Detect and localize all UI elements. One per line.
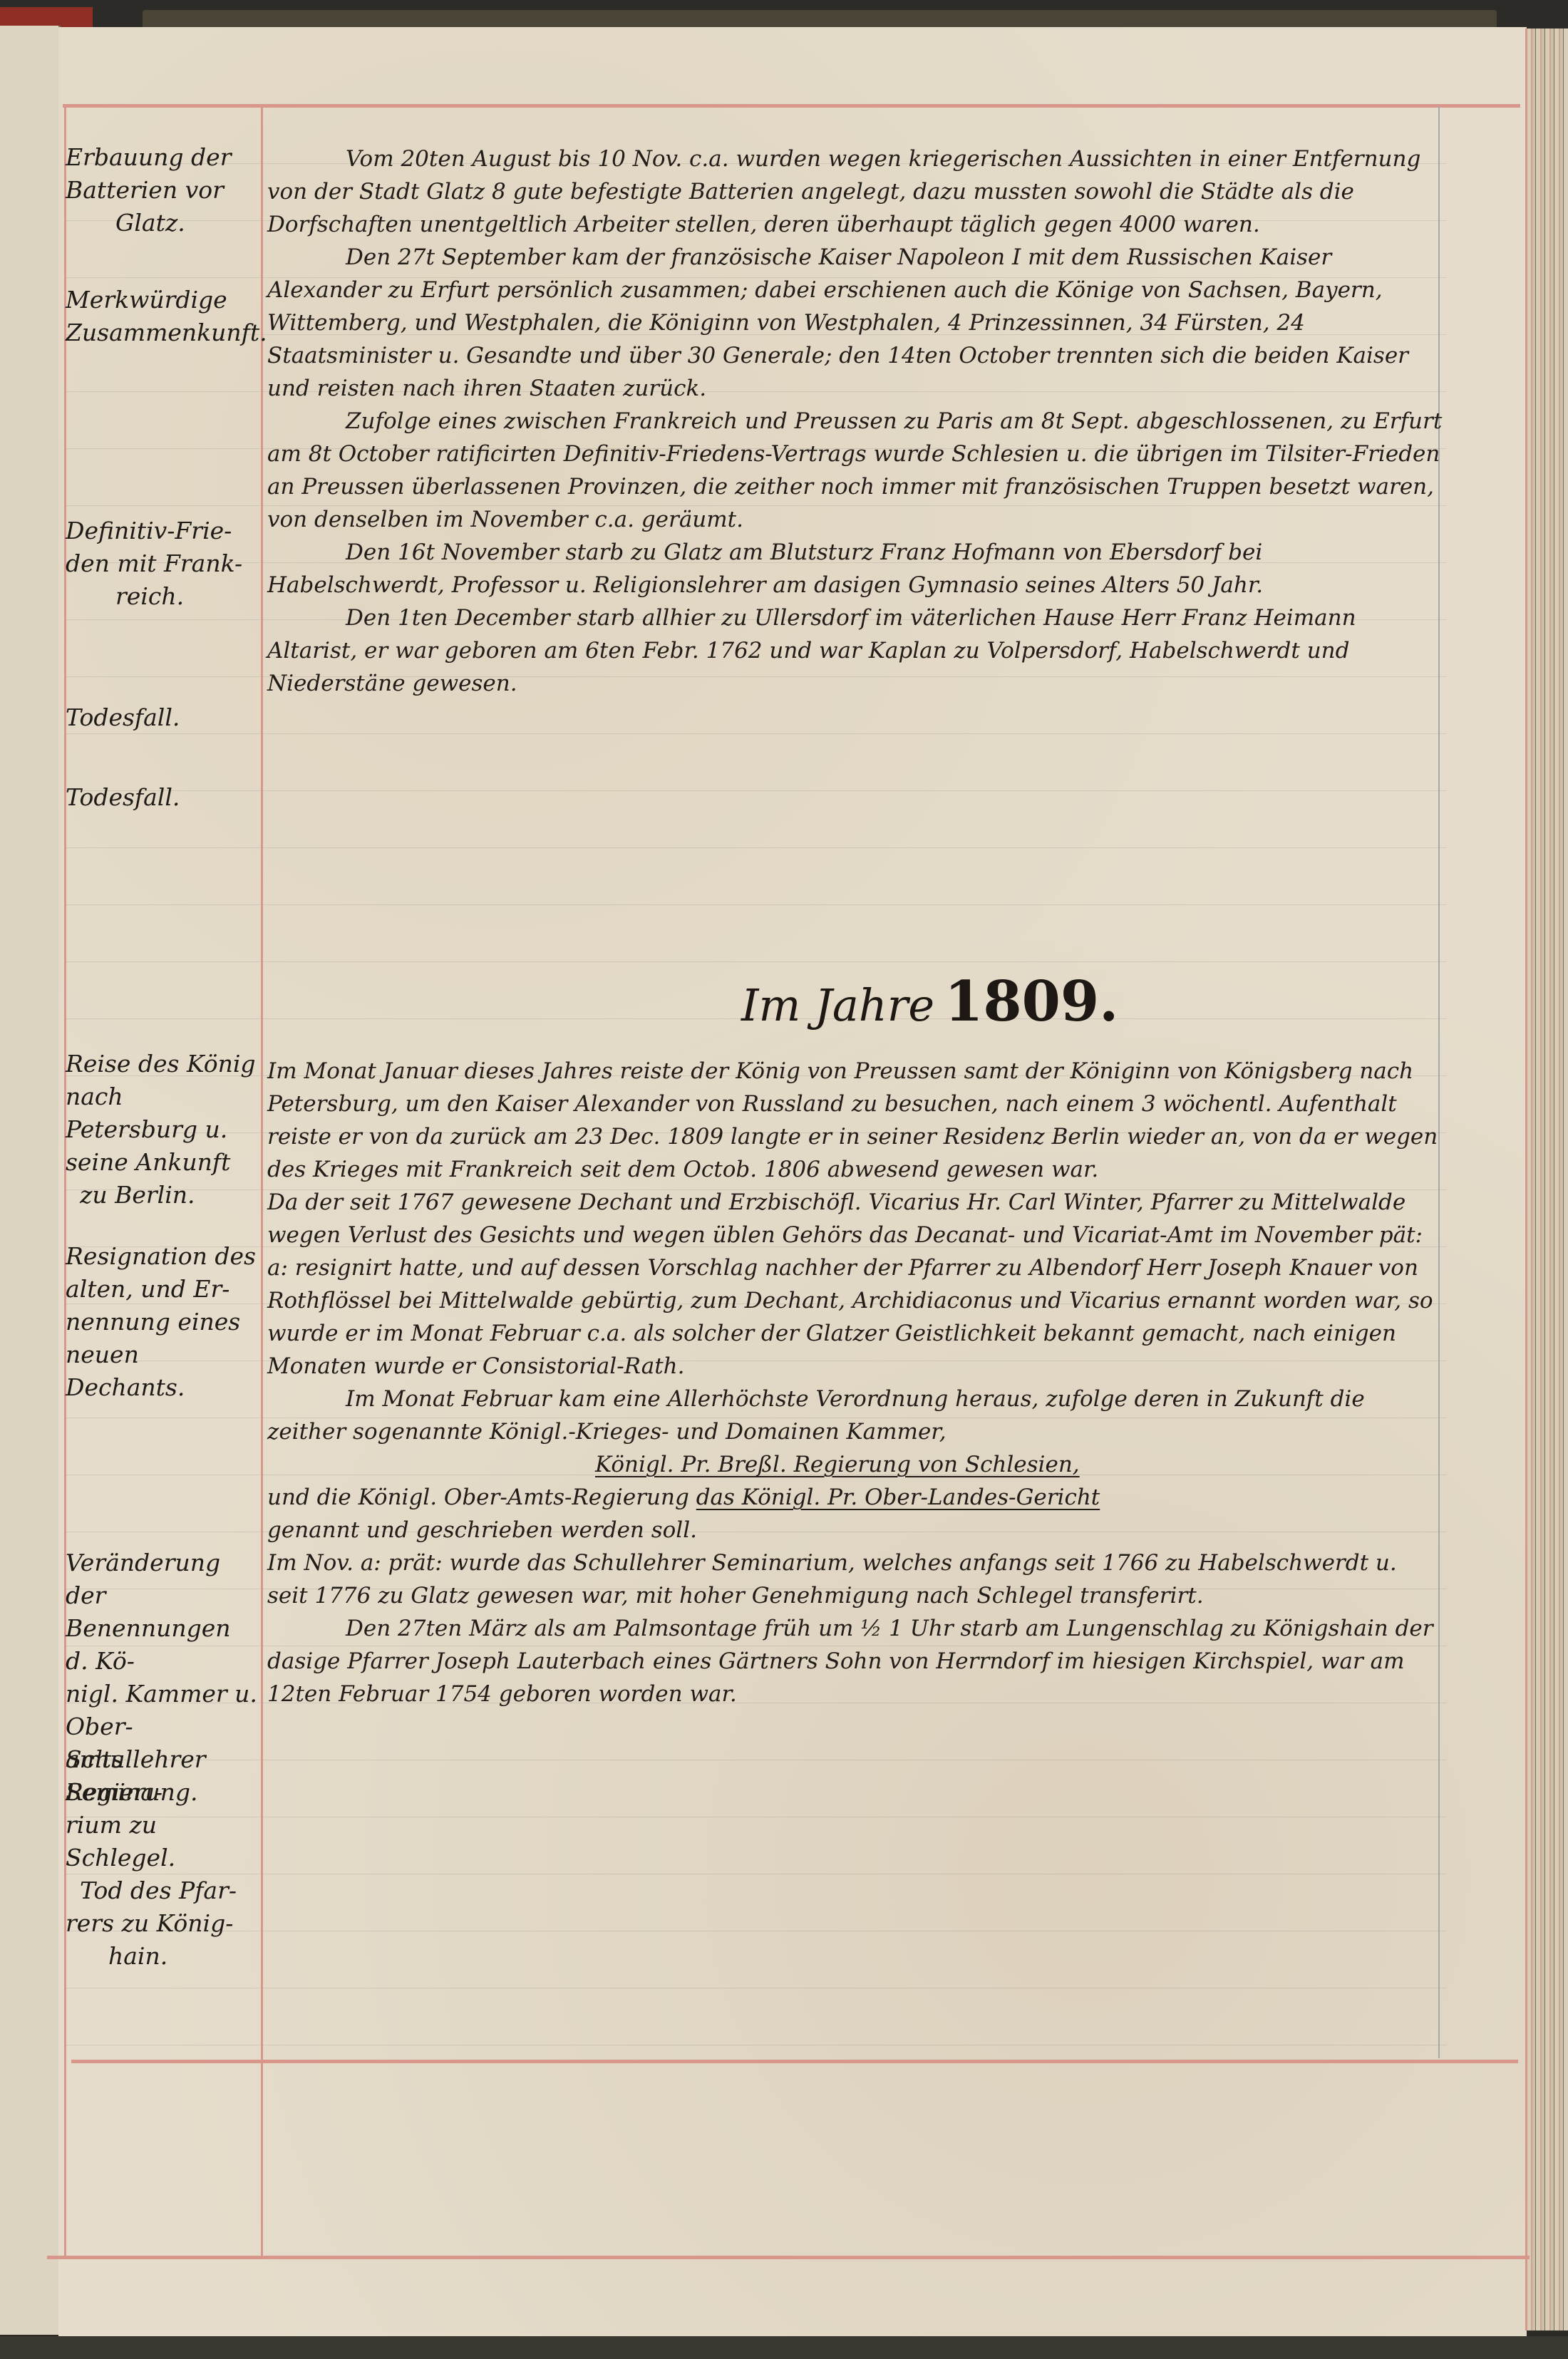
margin-note-line: rium zu Schlegel. bbox=[66, 1809, 258, 1874]
margin-note-line: Veränderung der bbox=[66, 1547, 258, 1612]
renaming-line-ober-amts: und die Königl. Ober-Amts-Regierung bbox=[267, 1485, 689, 1510]
year-heading-number: 1809. bbox=[944, 969, 1118, 1034]
margin-note-seminary-and-death: Schullehrer Semina- rium zu Schlegel. To… bbox=[66, 1743, 258, 1973]
entry-death-lauterbach: Den 27ten März als am Palmsontage früh u… bbox=[267, 1612, 1443, 1710]
right-red-page-rule bbox=[1525, 29, 1527, 2330]
margin-note-line: Tod des Pfar- bbox=[66, 1874, 258, 1907]
renaming-closing-line: genannt und geschrieben werden soll. bbox=[267, 1514, 1443, 1547]
entry-batteries: Vom 20ten August bis 10 Nov. c.a. wurden… bbox=[267, 143, 1443, 241]
margin-column-red-rule bbox=[261, 104, 263, 2258]
margin-note-line: Erbauung der bbox=[66, 141, 258, 174]
margin-note-line: Schullehrer Semina- bbox=[66, 1743, 258, 1809]
margin-note-line: rers zu König- bbox=[66, 1907, 258, 1940]
margin-note-meeting: Merkwürdige Zusammenkunft. bbox=[66, 284, 258, 349]
margin-note-king-journey: Reise des König nach Petersburg u. seine… bbox=[66, 1048, 258, 1212]
margin-note-line: hain. bbox=[66, 1940, 258, 1973]
margin-note-line: alten, und Er- bbox=[66, 1273, 258, 1306]
entry-peace-treaty: Zufolge eines zwischen Frankreich und Pr… bbox=[267, 405, 1443, 536]
margin-note-dean-resignation: Resignation des alten, und Er- nennung e… bbox=[66, 1240, 258, 1404]
year-heading: Im Jahre1809. bbox=[741, 969, 1118, 1034]
margin-note-line: nach Petersburg u. bbox=[66, 1080, 258, 1146]
margin-note-line: Resignation des bbox=[66, 1240, 258, 1273]
margin-note-line: Todesfall. bbox=[66, 781, 258, 814]
year-heading-prefix: Im Jahre bbox=[741, 979, 934, 1031]
entry-dean-resignation: Da der seit 1767 gewesene Dechant und Er… bbox=[267, 1186, 1443, 1383]
book-bottom-edge bbox=[0, 2336, 1568, 2359]
entry-death-heimann: Den 1ten December starb allhier zu Uller… bbox=[267, 602, 1443, 700]
margin-note-line: seine Ankunft bbox=[66, 1146, 258, 1179]
renamed-office-chamber: Königl. Pr. Breßl. Regierung von Schlesi… bbox=[595, 1452, 1080, 1477]
margin-note-death-1: Todesfall. bbox=[66, 701, 258, 734]
margin-note-line: reich. bbox=[66, 580, 258, 613]
margin-note-line: Benennungen d. Kö- bbox=[66, 1612, 258, 1678]
entry-seminary-transfer: Im Nov. a: prät: wurde das Schullehrer S… bbox=[267, 1547, 1443, 1612]
margin-note-line: Definitiv-Frie- bbox=[66, 515, 258, 547]
margin-note-line: Todesfall. bbox=[66, 701, 258, 734]
margin-note-peace-treaty: Definitiv-Frie- den mit Frank- reich. bbox=[66, 515, 258, 613]
renamed-office-court: das Königl. Pr. Ober-Landes-Gericht bbox=[696, 1485, 1100, 1510]
entry-death-hofmann: Den 16t November starb zu Glatz am Bluts… bbox=[267, 536, 1443, 602]
stacked-page-edges bbox=[1527, 29, 1568, 2330]
margin-note-line: nennung eines bbox=[66, 1306, 258, 1338]
margin-note-line: Glatz. bbox=[66, 207, 258, 239]
margin-note-line: den mit Frank- bbox=[66, 547, 258, 580]
entry-renaming-decree: Im Monat Februar kam eine Allerhöchste V… bbox=[267, 1383, 1443, 1448]
entry-king-journey: Im Monat Januar dieses Jahres reiste der… bbox=[267, 1055, 1443, 1186]
entry-erfurt-congress: Den 27t September kam der französische K… bbox=[267, 241, 1443, 405]
top-red-rule bbox=[63, 104, 1520, 108]
margin-note-line: nigl. Kammer u. Ober- bbox=[66, 1678, 258, 1743]
entries-1808: Vom 20ten August bis 10 Nov. c.a. wurden… bbox=[267, 143, 1443, 700]
margin-note-death-2: Todesfall. bbox=[66, 781, 258, 814]
margin-note-line: Merkwürdige bbox=[66, 284, 258, 316]
margin-note-line: zu Berlin. bbox=[66, 1179, 258, 1212]
previous-page-edge bbox=[0, 26, 61, 2335]
margin-note-line: Batterien vor bbox=[66, 174, 258, 207]
margin-note-batteries: Erbauung der Batterien vor Glatz. bbox=[66, 141, 258, 239]
margin-note-line: Reise des König bbox=[66, 1048, 258, 1080]
bottom-red-rule-lower bbox=[47, 2256, 1530, 2259]
bottom-red-rule-upper bbox=[71, 2060, 1518, 2063]
margin-note-line: neuen Dechants. bbox=[66, 1338, 258, 1404]
margin-note-line: Zusammenkunft. bbox=[66, 316, 258, 349]
entries-1809: Im Monat Januar dieses Jahres reiste der… bbox=[267, 1055, 1443, 1710]
